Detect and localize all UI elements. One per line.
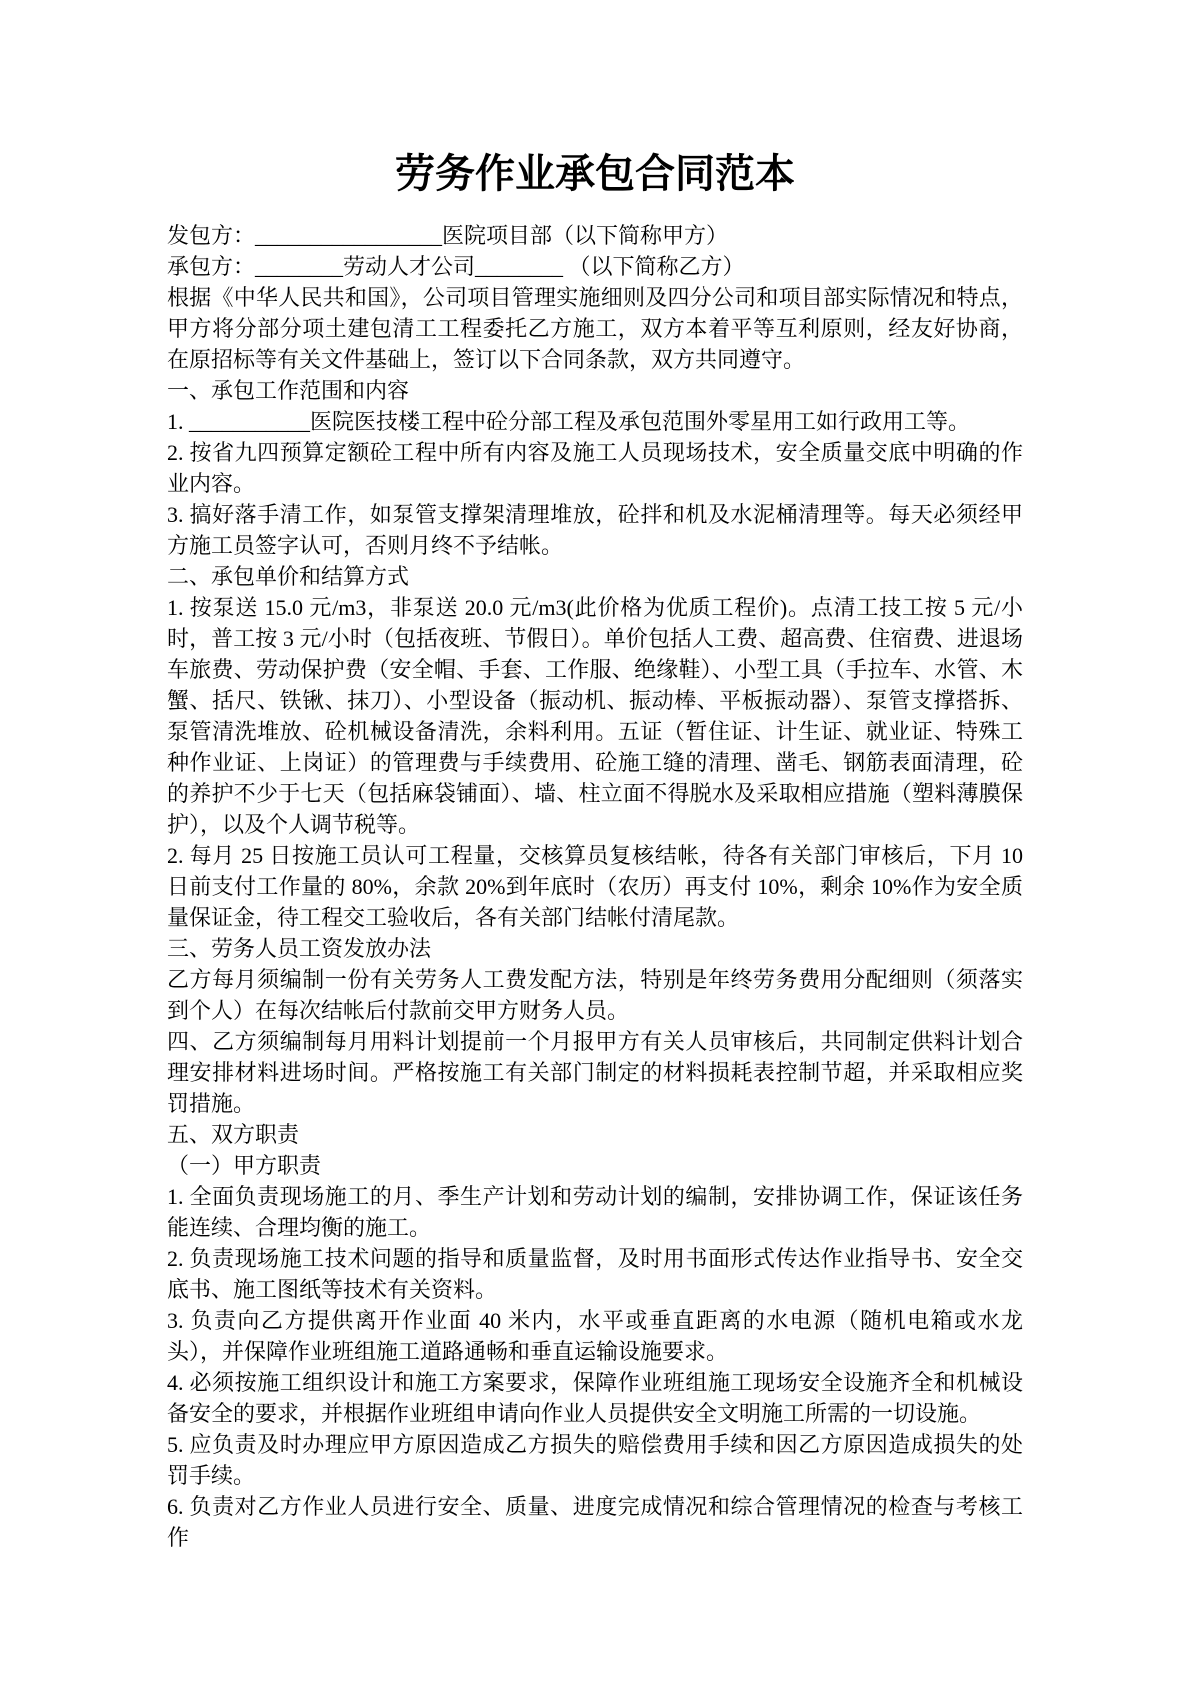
paragraph: 3. 负责向乙方提供离开作业面 40 米内，水平或垂直距离的水电源（随机电箱或水… (167, 1305, 1023, 1367)
paragraph: 二、承包单价和结算方式 (167, 561, 1023, 592)
document-viewport: { "doc": { "title": "劳务作业承包合同范本", "color… (0, 0, 1190, 1683)
paragraph: 一、承包工作范围和内容 (167, 375, 1023, 406)
paragraph: 1. 全面负责现场施工的月、季生产计划和劳动计划的编制，安排协调工作，保证该任务… (167, 1181, 1023, 1243)
paragraph: 3. 搞好落手清工作，如泵管支撑架清理堆放，砼拌和机及水泥桶清理等。每天必须经甲… (167, 499, 1023, 561)
paragraph: 四、乙方须编制每月用料计划提前一个月报甲方有关人员审核后，共同制定供料计划合理安… (167, 1026, 1023, 1119)
paragraph: 1. ___________医院医技楼工程中砼分部工程及承包范围外零星用工如行政… (167, 406, 1023, 437)
paragraph: 2. 按省九四预算定额砼工程中所有内容及施工人员现场技术，安全质量交底中明确的作… (167, 437, 1023, 499)
paragraph: 承包方：________劳动人才公司________ （以下简称乙方） (167, 251, 1023, 282)
paragraph: 发包方：_________________医院项目部（以下简称甲方） (167, 220, 1023, 251)
paragraph: 乙方每月须编制一份有关劳务人工费发配方法，特别是年终劳务费用分配细则（须落实到个… (167, 964, 1023, 1026)
document-title: 劳务作业承包合同范本 (167, 150, 1023, 198)
paragraph: 5. 应负责及时办理应甲方原因造成乙方损失的赔偿费用手续和因乙方原因造成损失的处… (167, 1429, 1023, 1491)
paragraph: 2. 每月 25 日按施工员认可工程量，交核算员复核结帐，待各有关部门审核后，下… (167, 840, 1023, 933)
paragraph: 五、双方职责 (167, 1119, 1023, 1150)
document-body: 发包方：_________________医院项目部（以下简称甲方）承包方：__… (167, 220, 1023, 1553)
paragraph: 6. 负责对乙方作业人员进行安全、质量、进度完成情况和综合管理情况的检查与考核工… (167, 1491, 1023, 1553)
paragraph: 三、劳务人员工资发放办法 (167, 933, 1023, 964)
document-page: 劳务作业承包合同范本 发包方：_________________医院项目部（以下… (0, 0, 1190, 1683)
paragraph: 2. 负责现场施工技术问题的指导和质量监督，及时用书面形式传达作业指导书、安全交… (167, 1243, 1023, 1305)
paragraph: 根据《中华人民共和国》，公司项目管理实施细则及四分公司和项目部实际情况和特点，甲… (167, 282, 1023, 375)
paragraph: （一）甲方职责 (167, 1150, 1023, 1181)
paragraph: 1. 按泵送 15.0 元/m3，非泵送 20.0 元/m3(此价格为优质工程价… (167, 592, 1023, 840)
paragraph: 4. 必须按施工组织设计和施工方案要求，保障作业班组施工现场安全设施齐全和机械设… (167, 1367, 1023, 1429)
